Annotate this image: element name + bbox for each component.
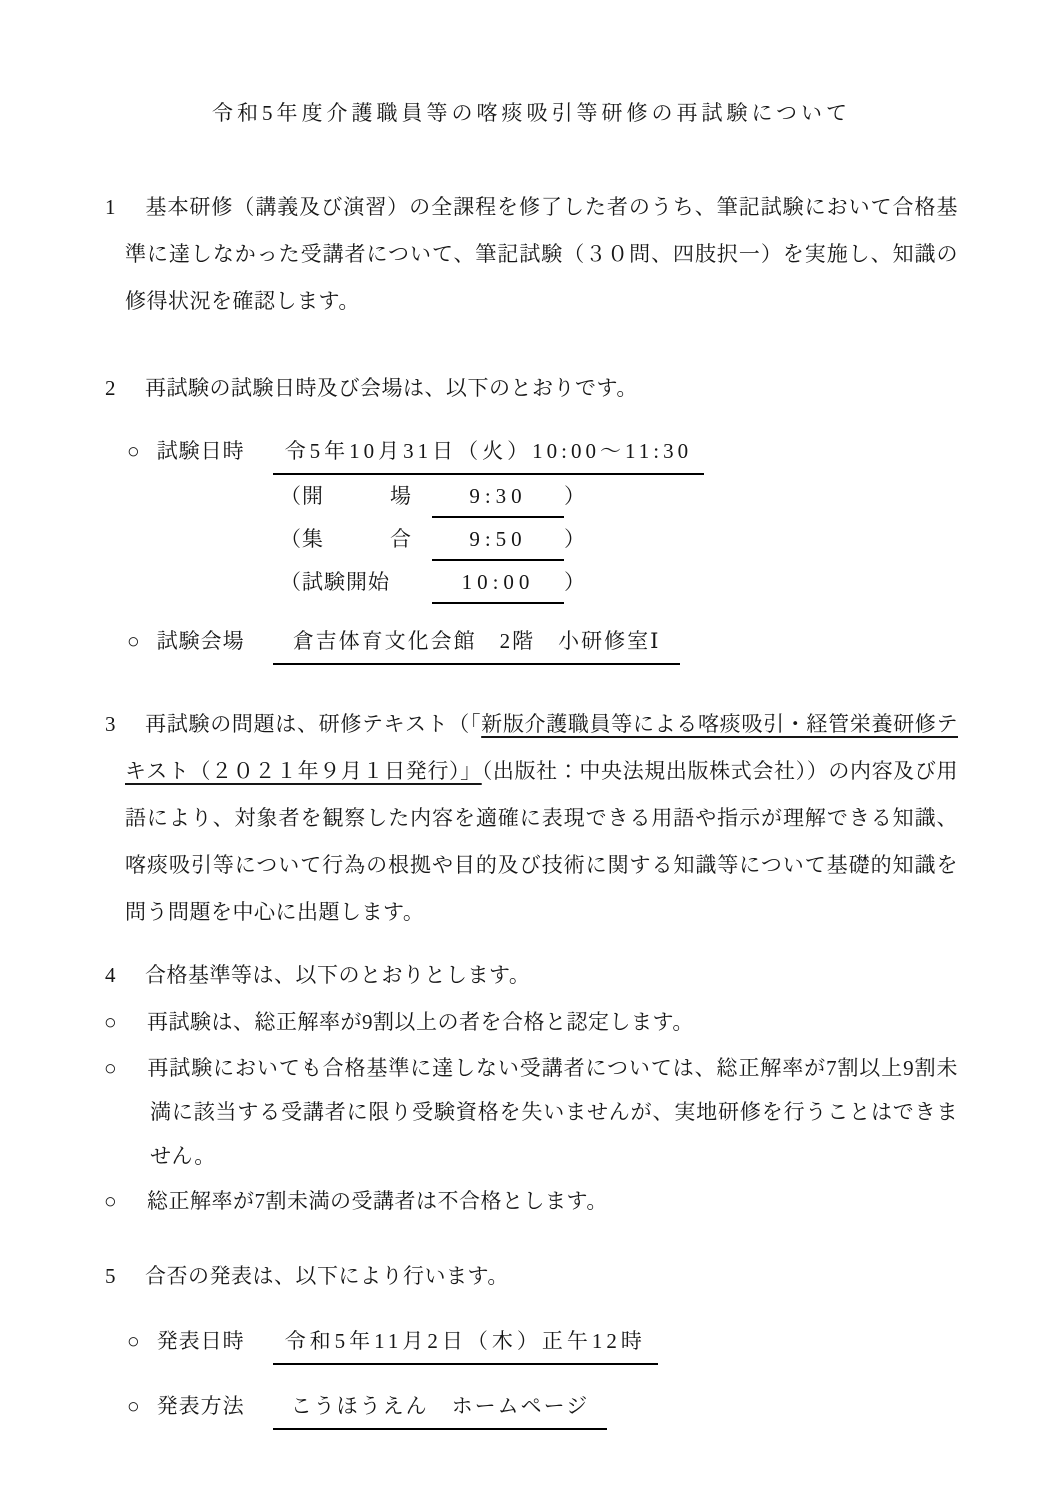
assembly-row: （集 合 9:50 ） <box>280 518 958 561</box>
section-2-heading-text: 再試験の試験日時及び会場は、以下のとおりです。 <box>145 376 638 400</box>
section-2-number: 2 <box>105 365 116 412</box>
pass-criteria-2-text: 再試験においても合格基準に達しない受講者については、総正解率が7割以上9割未満に… <box>147 1056 958 1168</box>
doors-open-close-paren: ） <box>564 475 585 518</box>
doors-open-label: （開 場 <box>280 475 432 518</box>
section-4-number: 4 <box>105 952 116 999</box>
announce-method-label: 発表方法 <box>157 1383 245 1430</box>
document-page: 令和5年度介護職員等の喀痰吸引等研修の再試験について 1基本研修（講義及び演習）… <box>0 0 1058 1497</box>
circle-bullet-icon: ○ <box>127 1383 140 1430</box>
announce-datetime-label: 発表日時 <box>157 1318 245 1365</box>
section-5-heading-text: 合否の発表は、以下により行います。 <box>145 1264 509 1288</box>
pass-criteria-3-text: 総正解率が7割未満の受講者は不合格とします。 <box>147 1189 608 1213</box>
section-5-number: 5 <box>105 1253 116 1300</box>
section-3: 3再試験の問題は、研修テキスト（「新版介護職員等による喀痰吸引・経管栄養研修テキ… <box>125 701 958 936</box>
exam-start-close-paren: ） <box>564 561 585 604</box>
section-4-heading-text: 合格基準等は、以下のとおりとします。 <box>145 963 530 987</box>
exam-start-value: 10:00 <box>432 562 564 604</box>
announce-datetime-value: 令和5年11月2日（木）正午12時 <box>273 1319 658 1365</box>
pass-criteria-bullet-3: ○総正解率が7割未満の受講者は不合格とします。 <box>150 1178 958 1225</box>
section-3-number: 3 <box>105 701 116 748</box>
doors-open-row: （開 場 9:30 ） <box>280 475 958 518</box>
section-4-heading: 4合格基準等は、以下のとおりとします。 <box>125 952 958 999</box>
circle-bullet-icon: ○ <box>127 428 140 475</box>
exam-venue-value: 倉吉体育文化会館 2階 小研修室Ⅰ <box>273 619 681 665</box>
assembly-close-paren: ） <box>564 518 585 561</box>
section-3-text-post: （出版社：中央法規出版株式会社））の内容及び用語により、対象者を観察した内容を適… <box>125 759 958 924</box>
section-1-text: 基本研修（講義及び演習）の全課程を修了した者のうち、筆記試験において合格基準に達… <box>125 195 958 313</box>
section-1-number: 1 <box>105 184 116 231</box>
announce-datetime-row: ○ 発表日時 令和5年11月2日（木）正午12時 <box>127 1318 958 1365</box>
announce-method-row: ○ 発表方法 こうほうえん ホームページ <box>127 1383 958 1430</box>
section-2-heading: 2再試験の試験日時及び会場は、以下のとおりです。 <box>125 365 958 412</box>
exam-datetime-label: 試験日時 <box>157 428 245 475</box>
section-1: 1基本研修（講義及び演習）の全課程を修了した者のうち、筆記試験において合格基準に… <box>125 184 958 325</box>
section-5-heading: 5合否の発表は、以下により行います。 <box>125 1253 958 1300</box>
pass-criteria-bullet-1: ○再試験は、総正解率が9割以上の者を合格と認定します。 <box>150 999 958 1046</box>
exam-datetime-row: ○ 試験日時 令5年10月31日（火）10:00～11:30 <box>127 428 958 475</box>
assembly-value: 9:50 <box>432 519 564 561</box>
circle-bullet-icon: ○ <box>127 618 140 665</box>
exam-venue-row: ○ 試験会場 倉吉体育文化会館 2階 小研修室Ⅰ <box>127 618 958 665</box>
exam-datetime-value: 令5年10月31日（火）10:00～11:30 <box>273 429 704 475</box>
assembly-label: （集 合 <box>280 518 432 561</box>
pass-criteria-bullet-2: ○再試験においても合格基準に達しない受講者については、総正解率が7割以上9割未満… <box>150 1046 958 1178</box>
pass-criteria-1-text: 再試験は、総正解率が9割以上の者を合格と認定します。 <box>147 1010 694 1034</box>
circle-bullet-icon: ○ <box>127 1318 140 1365</box>
announce-method-value: こうほうえん ホームページ <box>273 1384 608 1430</box>
doors-open-value: 9:30 <box>432 476 564 518</box>
section-3-text-pre: 再試験の問題は、研修テキスト（「 <box>145 712 481 736</box>
document-title: 令和5年度介護職員等の喀痰吸引等研修の再試験について <box>105 98 958 128</box>
exam-start-label: （試験開始 <box>280 561 432 604</box>
exam-start-row: （試験開始 10:00 ） <box>280 561 958 604</box>
exam-venue-label: 試験会場 <box>157 618 245 665</box>
